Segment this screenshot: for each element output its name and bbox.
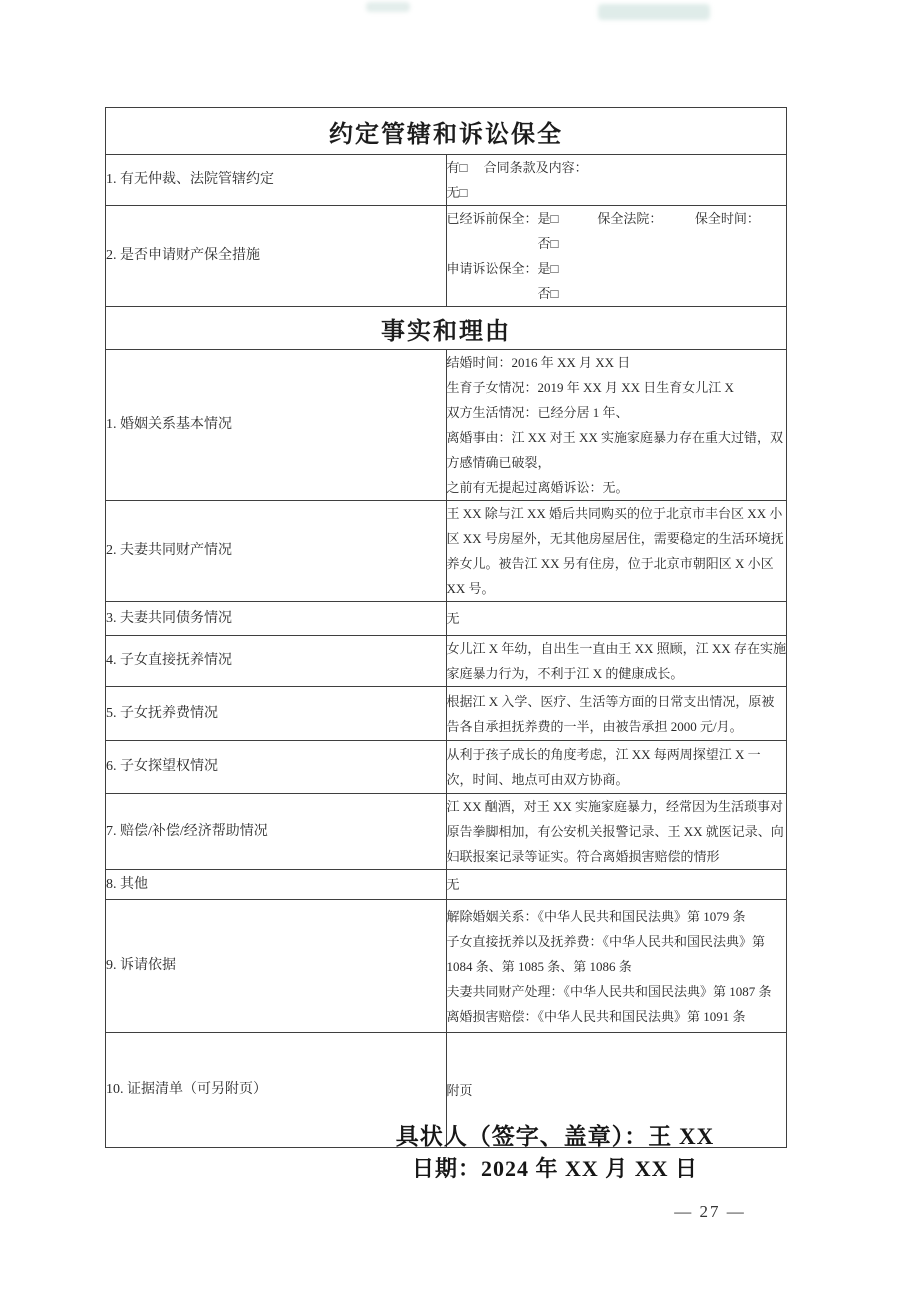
row-label: 8. 其他 <box>106 870 447 900</box>
row-value-line: 解除婚姻关系：《中华人民共和国民法典》第 1079 条 <box>447 904 787 929</box>
row-value: 王 XX 除与江 XX 婚后共同购买的位于北京市丰台区 XX 小区 XX 号房屋… <box>446 501 787 602</box>
row-value: 结婚时间：2016 年 XX 月 XX 日生育子女情况：2019 年 XX 月 … <box>446 350 787 501</box>
table-row: 2. 夫妻共同财产情况王 XX 除与江 XX 婚后共同购买的位于北京市丰台区 X… <box>106 501 787 602</box>
row-value-line: 生育子女情况：2019 年 XX 月 XX 日生育女儿江 X <box>447 375 787 400</box>
scan-artifact <box>598 4 710 20</box>
table-row: 7. 赔偿/补偿/经济帮助情况江 XX 酗酒，对王 XX 实施家庭暴力，经常因为… <box>106 794 787 870</box>
row-value-line: 无 <box>447 606 787 631</box>
petition-form-table: 约定管辖和诉讼保全1. 有无仲裁、法院管辖约定有□ 合同条款及内容：无□2. 是… <box>105 107 787 1148</box>
table-row: 3. 夫妻共同债务情况无 <box>106 602 787 636</box>
signer-line: 具状人（签字、盖章）：王 XX <box>210 1120 899 1153</box>
document-page: 约定管辖和诉讼保全1. 有无仲裁、法院管辖约定有□ 合同条款及内容：无□2. 是… <box>0 0 899 1300</box>
row-value: 女儿江 X 年幼，自出生一直由王 XX 照顾，江 XX 存在实施家庭暴力行为，不… <box>446 636 787 687</box>
row-value-line: 王 XX 除与江 XX 婚后共同购买的位于北京市丰台区 XX 小区 XX 号房屋… <box>447 501 787 601</box>
row-label: 1. 有无仲裁、法院管辖约定 <box>106 155 447 206</box>
row-label: 2. 夫妻共同财产情况 <box>106 501 447 602</box>
section-header-row: 约定管辖和诉讼保全 <box>106 108 787 155</box>
table-row: 9. 诉请依据解除婚姻关系：《中华人民共和国民法典》第 1079 条子女直接抚养… <box>106 900 787 1033</box>
table-row: 1. 有无仲裁、法院管辖约定有□ 合同条款及内容：无□ <box>106 155 787 206</box>
row-value-line: 申请诉讼保全：是□ <box>447 256 787 281</box>
row-value-line: 之前有无提起过离婚诉讼：无。 <box>447 475 787 500</box>
row-value-line: 离婚损害赔偿：《中华人民共和国民法典》第 1091 条 <box>447 1004 787 1029</box>
table-row: 1. 婚姻关系基本情况结婚时间：2016 年 XX 月 XX 日生育子女情况：2… <box>106 350 787 501</box>
row-value: 从利于孩子成长的角度考虑，江 XX 每两周探望江 X 一次，时间、地点可由双方协… <box>446 741 787 794</box>
row-value-line: 否□ <box>447 281 787 306</box>
table-row: 2. 是否申请财产保全措施已经诉前保全：是□ 保全法院： 保全时间： 否□申请诉… <box>106 206 787 307</box>
section-header-row: 事实和理由 <box>106 307 787 350</box>
table-row: 8. 其他无 <box>106 870 787 900</box>
row-value-line: 双方生活情况：已经分居 1 年、 <box>447 400 787 425</box>
signature-block: 具状人（签字、盖章）：王 XX 日期：2024 年 XX 月 XX 日 <box>210 1120 899 1185</box>
row-value-line: 附页 <box>447 1078 787 1103</box>
row-value-line: 有□ 合同条款及内容： <box>447 155 787 180</box>
row-value-line: 夫妻共同财产处理：《中华人民共和国民法典》第 1087 条 <box>447 979 787 1004</box>
section-title: 约定管辖和诉讼保全 <box>106 108 787 155</box>
row-label: 4. 子女直接抚养情况 <box>106 636 447 687</box>
row-label: 7. 赔偿/补偿/经济帮助情况 <box>106 794 447 870</box>
row-value-line: 无□ <box>447 180 787 205</box>
row-label: 6. 子女探望权情况 <box>106 741 447 794</box>
date-line: 日期：2024 年 XX 月 XX 日 <box>210 1153 899 1185</box>
row-value-line: 江 XX 酗酒，对王 XX 实施家庭暴力，经常因为生活琐事对原告拳脚相加，有公安… <box>447 794 787 869</box>
row-label: 3. 夫妻共同债务情况 <box>106 602 447 636</box>
row-value-line: 无 <box>447 872 787 897</box>
row-label: 5. 子女抚养费情况 <box>106 687 447 741</box>
row-value-line: 已经诉前保全：是□ 保全法院： 保全时间： <box>447 206 787 231</box>
row-label: 2. 是否申请财产保全措施 <box>106 206 447 307</box>
table-row: 4. 子女直接抚养情况女儿江 X 年幼，自出生一直由王 XX 照顾，江 XX 存… <box>106 636 787 687</box>
row-value: 无 <box>446 602 787 636</box>
row-value-line: 结婚时间：2016 年 XX 月 XX 日 <box>447 350 787 375</box>
row-value-line: 子女直接抚养以及抚养费：《中华人民共和国民法典》第 1084 条、第 1085 … <box>447 929 787 979</box>
row-value-line: 离婚事由：江 XX 对王 XX 实施家庭暴力存在重大过错，双方感情确已破裂， <box>447 425 787 475</box>
table-row: 6. 子女探望权情况从利于孩子成长的角度考虑，江 XX 每两周探望江 X 一次，… <box>106 741 787 794</box>
row-label: 9. 诉请依据 <box>106 900 447 1033</box>
row-value: 已经诉前保全：是□ 保全法院： 保全时间： 否□申请诉讼保全：是□ 否□ <box>446 206 787 307</box>
table-row: 5. 子女抚养费情况根据江 X 入学、医疗、生活等方面的日常支出情况，原被告各自… <box>106 687 787 741</box>
row-value-line: 根据江 X 入学、医疗、生活等方面的日常支出情况，原被告各自承担抚养费的一半，由… <box>447 689 787 739</box>
row-label: 1. 婚姻关系基本情况 <box>106 350 447 501</box>
row-value: 根据江 X 入学、医疗、生活等方面的日常支出情况，原被告各自承担抚养费的一半，由… <box>446 687 787 741</box>
row-value: 有□ 合同条款及内容：无□ <box>446 155 787 206</box>
row-value-line: 女儿江 X 年幼，自出生一直由王 XX 照顾，江 XX 存在实施家庭暴力行为，不… <box>447 636 787 686</box>
form-body: 约定管辖和诉讼保全1. 有无仲裁、法院管辖约定有□ 合同条款及内容：无□2. 是… <box>106 108 787 1148</box>
scan-artifact <box>366 2 410 12</box>
page-number: — 27 — <box>660 1202 760 1222</box>
row-value-line: 否□ <box>447 231 787 256</box>
section-title: 事实和理由 <box>106 307 787 350</box>
row-value-line: 从利于孩子成长的角度考虑，江 XX 每两周探望江 X 一次，时间、地点可由双方协… <box>447 742 787 792</box>
row-value: 江 XX 酗酒，对王 XX 实施家庭暴力，经常因为生活琐事对原告拳脚相加，有公安… <box>446 794 787 870</box>
row-value: 解除婚姻关系：《中华人民共和国民法典》第 1079 条子女直接抚养以及抚养费：《… <box>446 900 787 1033</box>
row-value: 无 <box>446 870 787 900</box>
